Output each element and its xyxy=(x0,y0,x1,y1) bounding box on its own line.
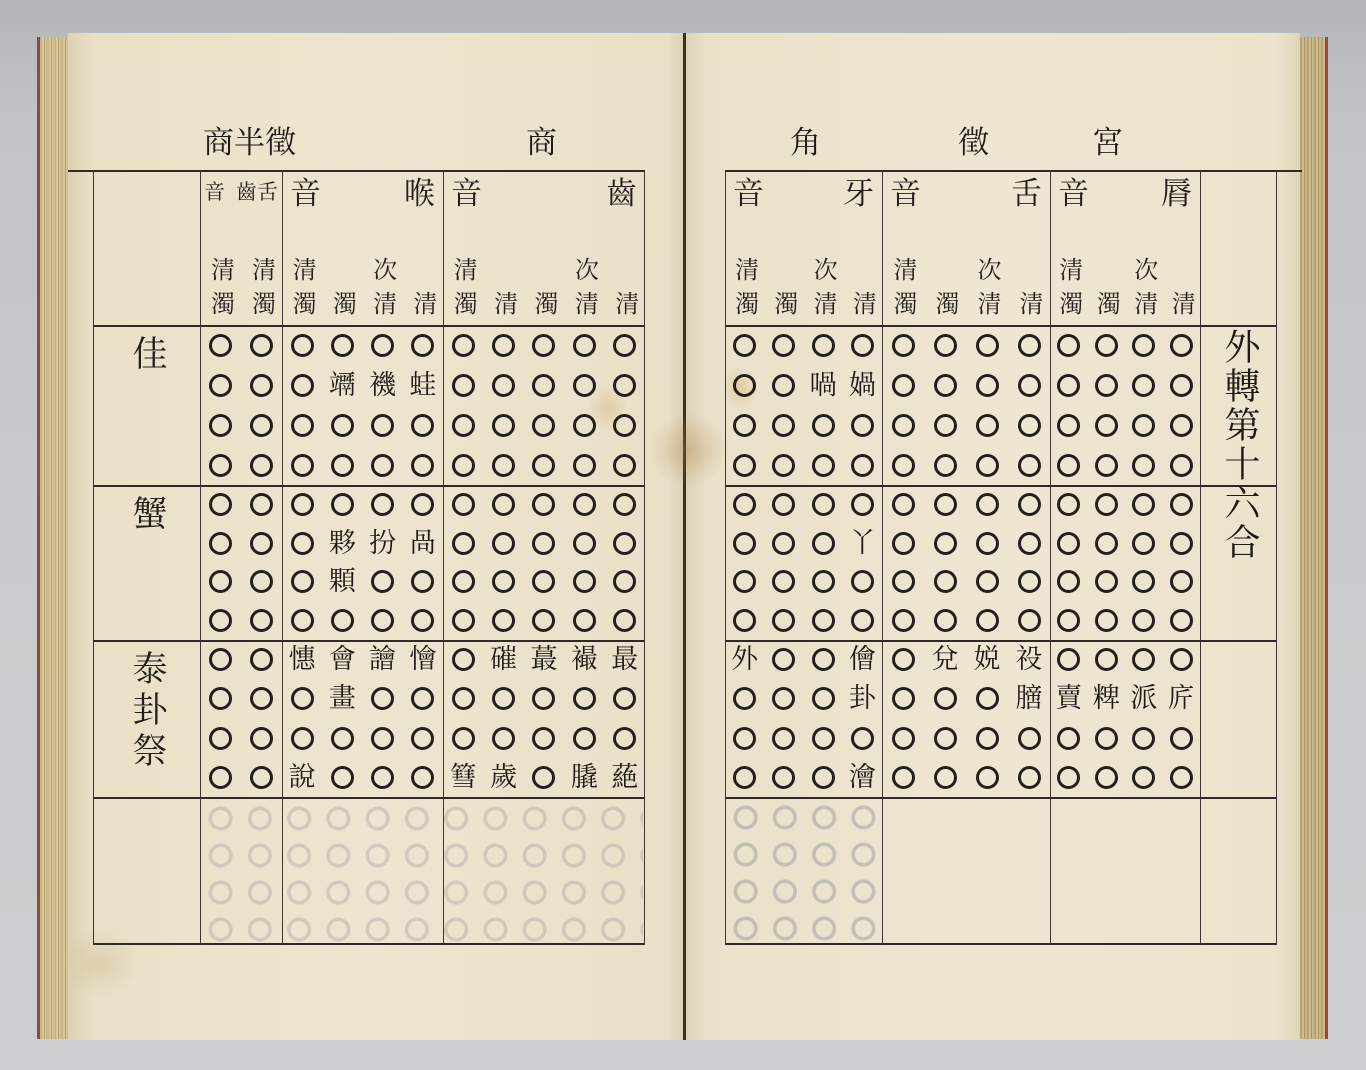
empty-slot-cell xyxy=(363,758,403,797)
empty-slot-cell xyxy=(924,445,966,485)
empty-slot-cell xyxy=(882,679,924,718)
empty-circle-icon xyxy=(892,648,915,671)
empty-slot-cell xyxy=(282,485,322,524)
empty-circle-icon xyxy=(892,766,915,789)
empty-slot-cell xyxy=(1088,405,1126,445)
empty-slot-cell xyxy=(200,325,241,365)
empty-slot-cell xyxy=(241,640,282,679)
empty-circle-icon xyxy=(1170,454,1193,477)
column-group-header: 舌音 xyxy=(882,170,1050,210)
empty-circle-icon xyxy=(452,334,475,357)
empty-circle-icon xyxy=(250,609,273,632)
empty-circle-icon xyxy=(733,532,756,555)
blank-cell xyxy=(1008,834,1050,871)
empty-slot-cell xyxy=(483,325,523,365)
character-cell: 最 xyxy=(605,640,645,679)
empty-slot-cell xyxy=(924,758,966,797)
empty-slot-cell xyxy=(924,719,966,758)
empty-circle-icon xyxy=(1095,454,1118,477)
column-group-header: 齒音 xyxy=(443,170,645,210)
empty-circle-icon xyxy=(331,493,354,516)
empty-circle-icon xyxy=(613,687,636,710)
empty-circle-icon xyxy=(291,609,314,632)
empty-slot-cell xyxy=(1125,758,1163,797)
blank-cell xyxy=(322,871,362,908)
rhyme-character: 膬 xyxy=(571,764,598,791)
blank-cell xyxy=(1088,834,1126,871)
empty-circle-icon xyxy=(532,766,555,789)
empty-circle-icon xyxy=(371,727,394,750)
empty-circle-icon xyxy=(976,374,999,397)
rhyme-character: 畫 xyxy=(329,685,356,712)
empty-circle-icon xyxy=(892,532,915,555)
character-cell: 顆 xyxy=(322,563,362,602)
empty-slot-cell xyxy=(1008,405,1050,445)
empty-circle-icon xyxy=(371,687,394,710)
empty-slot-cell xyxy=(403,719,443,758)
empty-circle-icon xyxy=(1132,570,1155,593)
column-label: 清 xyxy=(850,291,874,325)
column-label: 清 xyxy=(1169,291,1193,325)
top-label-gong: 宮 xyxy=(1092,128,1123,159)
empty-circle-icon xyxy=(1132,766,1155,789)
empty-circle-icon xyxy=(1018,334,1041,357)
blank-cell xyxy=(882,834,924,871)
rhyme-character: 篲 xyxy=(450,764,477,791)
empty-circle-icon xyxy=(1170,570,1193,593)
empty-slot-cell xyxy=(725,325,764,365)
empty-circle-icon xyxy=(532,334,555,357)
column-group-suffix: 音 xyxy=(890,179,921,210)
blank-cell xyxy=(1125,871,1163,908)
empty-slot-cell xyxy=(1125,405,1163,445)
empty-slot-cell xyxy=(804,563,843,602)
empty-slot-cell xyxy=(483,563,523,602)
blank-cell xyxy=(1163,908,1201,945)
empty-circle-icon xyxy=(532,454,555,477)
rhyme-character: 兌 xyxy=(932,646,959,673)
empty-slot-cell xyxy=(764,524,803,563)
blank-cell xyxy=(882,908,924,945)
empty-circle-icon xyxy=(250,570,273,593)
empty-circle-icon xyxy=(209,532,232,555)
blank-cell xyxy=(1050,871,1088,908)
empty-circle-icon xyxy=(532,609,555,632)
top-label-jiao: 角 xyxy=(790,128,821,159)
empty-circle-icon xyxy=(371,766,394,789)
blank-cell xyxy=(322,834,362,871)
empty-slot-cell xyxy=(200,679,241,718)
empty-circle-icon xyxy=(532,493,555,516)
empty-slot-cell xyxy=(524,365,564,405)
empty-circle-icon xyxy=(976,454,999,477)
blank-cell xyxy=(764,871,803,908)
empty-circle-icon xyxy=(851,570,874,593)
rhyme-character: 澮 xyxy=(849,764,876,791)
empty-circle-icon xyxy=(291,454,314,477)
empty-slot-cell xyxy=(363,325,403,365)
empty-circle-icon xyxy=(812,766,835,789)
empty-circle-icon xyxy=(532,414,555,437)
rhyme-character: 喎 xyxy=(810,372,837,399)
empty-slot-cell xyxy=(524,601,564,640)
column-label: 清 xyxy=(1017,291,1041,325)
empty-circle-icon xyxy=(613,454,636,477)
empty-circle-icon xyxy=(1170,766,1193,789)
empty-circle-icon xyxy=(1018,609,1041,632)
empty-slot-cell xyxy=(564,719,604,758)
empty-circle-icon xyxy=(1170,648,1193,671)
character-cell: 襊 xyxy=(564,640,604,679)
empty-slot-cell xyxy=(1125,719,1163,758)
blank-cell xyxy=(524,908,564,945)
empty-slot-cell xyxy=(764,679,803,718)
blank-cell xyxy=(882,871,924,908)
blank-cell xyxy=(843,797,882,834)
column-label: 清濁 xyxy=(290,257,314,325)
empty-circle-icon xyxy=(812,414,835,437)
character-cell: 𧝞 xyxy=(363,365,403,405)
empty-circle-icon xyxy=(573,687,596,710)
empty-slot-cell xyxy=(804,445,843,485)
empty-circle-icon xyxy=(812,493,835,516)
top-label-half-zhi-half-shang: 徵半商 xyxy=(203,128,296,159)
empty-slot-cell xyxy=(843,719,882,758)
empty-circle-icon xyxy=(573,609,596,632)
empty-slot-cell xyxy=(1088,485,1126,524)
empty-slot-cell xyxy=(764,601,803,640)
empty-circle-icon xyxy=(209,454,232,477)
column-group-rule xyxy=(1200,170,1201,945)
empty-slot-cell xyxy=(1125,325,1163,365)
empty-circle-icon xyxy=(772,532,795,555)
column-label: 次清 xyxy=(975,257,999,325)
empty-circle-icon xyxy=(209,727,232,750)
empty-slot-cell xyxy=(1008,524,1050,563)
empty-circle-icon xyxy=(452,414,475,437)
empty-slot-cell xyxy=(924,325,966,365)
blank-cell xyxy=(363,797,403,834)
empty-slot-cell xyxy=(1088,640,1126,679)
rhyme-character: 儈 xyxy=(849,646,876,673)
empty-circle-icon xyxy=(812,570,835,593)
empty-circle-icon xyxy=(492,727,515,750)
right-page-edges xyxy=(1300,37,1328,1039)
empty-circle-icon xyxy=(1132,414,1155,437)
empty-slot-cell xyxy=(524,563,564,602)
empty-circle-icon xyxy=(851,454,874,477)
left-rhyme-table: 舌齒音清濁清濁喉音清濁濁次清清齒音清濁清濁次清清佳竵𧝞蛙蟹夥扮咼顆泰卦祭憓會譮懀… xyxy=(93,170,645,945)
empty-slot-cell xyxy=(1125,640,1163,679)
rhyme-character: 顆 xyxy=(329,568,356,595)
empty-slot-cell xyxy=(1125,445,1163,485)
empty-circle-icon xyxy=(1095,727,1118,750)
empty-circle-icon xyxy=(291,532,314,555)
empty-slot-cell xyxy=(524,524,564,563)
empty-slot-cell xyxy=(764,445,803,485)
empty-circle-icon xyxy=(812,532,835,555)
blank-cell xyxy=(764,797,803,834)
column-label: 清濁 xyxy=(891,257,915,325)
empty-slot-cell xyxy=(524,679,564,718)
empty-slot-cell xyxy=(200,719,241,758)
empty-slot-cell xyxy=(443,445,483,485)
blank-cell xyxy=(403,871,443,908)
character-cell: 篲 xyxy=(443,758,483,797)
column-label: 清濁 xyxy=(250,257,274,325)
empty-slot-cell xyxy=(403,325,443,365)
empty-circle-icon xyxy=(733,609,756,632)
blank-cell xyxy=(363,908,403,945)
left-page-edges xyxy=(37,37,68,1039)
empty-slot-cell xyxy=(443,405,483,445)
empty-circle-icon xyxy=(1132,532,1155,555)
empty-slot-cell xyxy=(322,485,362,524)
empty-circle-icon xyxy=(331,334,354,357)
empty-slot-cell xyxy=(483,365,523,405)
empty-slot-cell xyxy=(924,524,966,563)
empty-circle-icon xyxy=(1132,454,1155,477)
empty-slot-cell xyxy=(483,524,523,563)
empty-slot-cell xyxy=(1163,563,1201,602)
empty-slot-cell xyxy=(882,758,924,797)
rhyme-character: 蕝 xyxy=(611,764,638,791)
empty-slot-cell xyxy=(200,405,241,445)
rhyme-character: 媧 xyxy=(849,372,876,399)
character-cell: 畫 xyxy=(322,679,362,718)
blank-cell xyxy=(1050,834,1088,871)
empty-circle-icon xyxy=(250,493,273,516)
character-cell: 兌 xyxy=(924,640,966,679)
empty-circle-icon xyxy=(733,334,756,357)
empty-circle-icon xyxy=(452,687,475,710)
empty-slot-cell xyxy=(764,640,803,679)
column-group-header: 牙音 xyxy=(725,170,882,210)
empty-slot-cell xyxy=(200,640,241,679)
empty-circle-icon xyxy=(772,414,795,437)
empty-circle-icon xyxy=(1170,374,1193,397)
empty-circle-icon xyxy=(209,374,232,397)
empty-circle-icon xyxy=(772,374,795,397)
empty-slot-cell xyxy=(1050,601,1088,640)
empty-circle-icon xyxy=(772,687,795,710)
empty-slot-cell xyxy=(403,758,443,797)
empty-circle-icon xyxy=(1018,570,1041,593)
empty-slot-cell xyxy=(804,601,843,640)
column-label: 次清 xyxy=(1132,257,1156,325)
character-cell: 夥 xyxy=(322,524,362,563)
blank-cell xyxy=(403,797,443,834)
empty-circle-icon xyxy=(892,570,915,593)
empty-circle-icon xyxy=(733,687,756,710)
empty-circle-icon xyxy=(812,727,835,750)
empty-circle-icon xyxy=(532,570,555,593)
rhyme-character: 扮 xyxy=(369,530,396,557)
empty-slot-cell xyxy=(282,679,322,718)
empty-slot-cell xyxy=(1050,758,1088,797)
empty-slot-cell xyxy=(322,405,362,445)
empty-slot-cell xyxy=(322,719,362,758)
empty-circle-icon xyxy=(452,493,475,516)
empty-circle-icon xyxy=(1170,609,1193,632)
rhyme-character: 夥 xyxy=(329,530,356,557)
empty-slot-cell xyxy=(363,719,403,758)
empty-slot-cell xyxy=(725,719,764,758)
empty-slot-cell xyxy=(524,758,564,797)
empty-slot-cell xyxy=(1163,640,1201,679)
empty-slot-cell xyxy=(1088,719,1126,758)
empty-slot-cell xyxy=(282,405,322,445)
empty-slot-cell xyxy=(966,679,1008,718)
character-cell: 膬 xyxy=(564,758,604,797)
empty-slot-cell xyxy=(605,365,645,405)
empty-slot-cell xyxy=(564,485,604,524)
blank-cell xyxy=(1125,797,1163,834)
empty-slot-cell xyxy=(1088,365,1126,405)
empty-slot-cell xyxy=(764,719,803,758)
empty-slot-cell xyxy=(443,563,483,602)
empty-slot-cell xyxy=(1125,524,1163,563)
empty-slot-cell xyxy=(200,758,241,797)
blank-cell xyxy=(725,834,764,871)
blank-cell xyxy=(564,797,604,834)
empty-circle-icon xyxy=(812,687,835,710)
empty-slot-cell xyxy=(241,601,282,640)
table-left-rule xyxy=(93,170,94,945)
empty-slot-cell xyxy=(804,325,843,365)
empty-circle-icon xyxy=(573,727,596,750)
empty-circle-icon xyxy=(411,766,434,789)
empty-circle-icon xyxy=(452,609,475,632)
column-label: 清濁 xyxy=(451,257,475,325)
empty-circle-icon xyxy=(812,609,835,632)
empty-slot-cell xyxy=(725,679,764,718)
blank-cell xyxy=(363,871,403,908)
empty-circle-icon xyxy=(772,648,795,671)
blank-cell xyxy=(924,908,966,945)
blank-cell xyxy=(1163,871,1201,908)
empty-slot-cell xyxy=(1008,485,1050,524)
empty-slot-cell xyxy=(483,719,523,758)
empty-slot-cell xyxy=(403,563,443,602)
empty-circle-icon xyxy=(613,334,636,357)
empty-circle-icon xyxy=(976,570,999,593)
character-cell: 賣 xyxy=(1050,679,1088,718)
empty-slot-cell xyxy=(1088,758,1126,797)
character-cell: 膪 xyxy=(1008,679,1050,718)
gutter-ornament-stain xyxy=(648,412,728,487)
empty-slot-cell xyxy=(322,758,362,797)
empty-circle-icon xyxy=(934,374,957,397)
empty-slot-cell xyxy=(966,563,1008,602)
rhyme-character: 說 xyxy=(289,764,316,791)
empty-circle-icon xyxy=(1057,609,1080,632)
rhyme-character: 娧 xyxy=(974,646,1001,673)
empty-circle-icon xyxy=(851,493,874,516)
empty-slot-cell xyxy=(403,445,443,485)
empty-slot-cell xyxy=(241,485,282,524)
rhyme-character: 蛙 xyxy=(409,372,436,399)
rhyme-character: 憓 xyxy=(289,646,316,673)
empty-slot-cell xyxy=(1008,758,1050,797)
empty-circle-icon xyxy=(532,727,555,750)
empty-circle-icon xyxy=(1170,532,1193,555)
empty-slot-cell xyxy=(282,719,322,758)
empty-slot-cell xyxy=(725,601,764,640)
empty-circle-icon xyxy=(934,334,957,357)
empty-circle-icon xyxy=(532,687,555,710)
empty-circle-icon xyxy=(1018,374,1041,397)
empty-circle-icon xyxy=(1018,414,1041,437)
empty-circle-icon xyxy=(331,609,354,632)
empty-circle-icon xyxy=(934,727,957,750)
blank-cell xyxy=(200,834,241,871)
empty-slot-cell xyxy=(966,719,1008,758)
character-cell: 喎 xyxy=(804,365,843,405)
empty-slot-cell xyxy=(966,601,1008,640)
empty-circle-icon xyxy=(452,532,475,555)
empty-slot-cell xyxy=(1163,485,1201,524)
empty-circle-icon xyxy=(250,532,273,555)
blank-cell xyxy=(282,908,322,945)
empty-slot-cell xyxy=(843,485,882,524)
empty-slot-cell xyxy=(1163,325,1201,365)
empty-slot-cell xyxy=(241,563,282,602)
empty-slot-cell xyxy=(241,719,282,758)
empty-slot-cell xyxy=(882,601,924,640)
empty-slot-cell xyxy=(804,719,843,758)
empty-slot-cell xyxy=(1088,445,1126,485)
empty-circle-icon xyxy=(934,609,957,632)
empty-circle-icon xyxy=(892,609,915,632)
empty-circle-icon xyxy=(976,687,999,710)
empty-slot-cell xyxy=(605,445,645,485)
rhyme-character: 譮 xyxy=(369,646,396,673)
blank-cell xyxy=(564,871,604,908)
empty-slot-cell xyxy=(966,365,1008,405)
empty-slot-cell xyxy=(564,365,604,405)
empty-slot-cell xyxy=(804,405,843,445)
blank-cell xyxy=(1008,797,1050,834)
empty-circle-icon xyxy=(492,493,515,516)
empty-circle-icon xyxy=(976,334,999,357)
blank-cell xyxy=(1125,834,1163,871)
character-cell: 澮 xyxy=(843,758,882,797)
empty-circle-icon xyxy=(1057,493,1080,516)
empty-slot-cell xyxy=(524,325,564,365)
empty-circle-icon xyxy=(1095,570,1118,593)
empty-slot-cell xyxy=(725,405,764,445)
empty-slot-cell xyxy=(924,365,966,405)
empty-slot-cell xyxy=(483,679,523,718)
blank-cell xyxy=(725,908,764,945)
empty-circle-icon xyxy=(209,609,232,632)
empty-circle-icon xyxy=(291,374,314,397)
empty-slot-cell xyxy=(804,640,843,679)
empty-slot-cell xyxy=(403,405,443,445)
empty-circle-icon xyxy=(934,532,957,555)
column-group-suffix: 音 xyxy=(733,179,764,210)
empty-circle-icon xyxy=(976,766,999,789)
empty-slot-cell xyxy=(200,445,241,485)
blank-cell xyxy=(443,871,483,908)
empty-circle-icon xyxy=(1057,532,1080,555)
empty-slot-cell xyxy=(1050,445,1088,485)
blank-cell xyxy=(282,797,322,834)
blank-cell xyxy=(804,797,843,834)
character-cell: 庍 xyxy=(1163,679,1201,718)
empty-circle-icon xyxy=(892,687,915,710)
